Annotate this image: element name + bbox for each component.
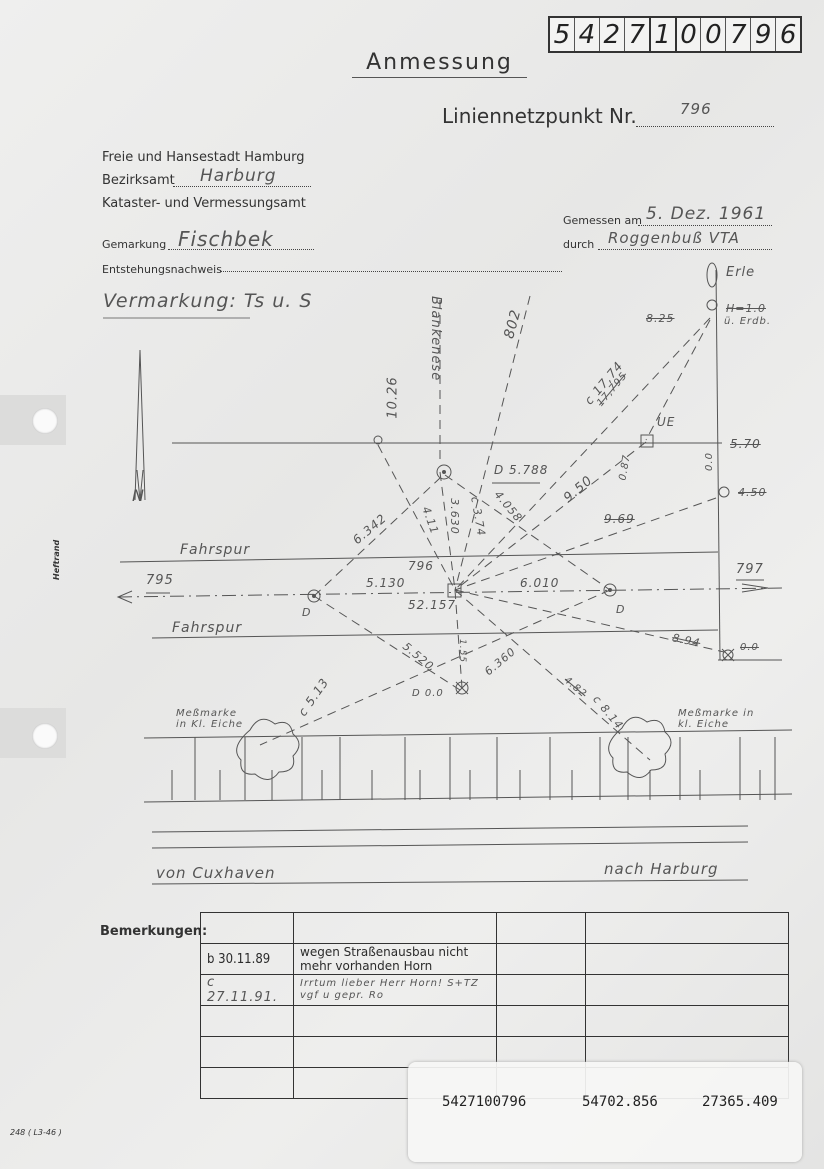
coordinate-x: 54702.856 — [582, 1094, 658, 1110]
form-code: 248 ( L3-46 ) — [10, 1128, 62, 1137]
erle-note-height: H=1.0 — [726, 302, 766, 315]
direction-795: 795 — [146, 573, 174, 588]
d-right-label: D — [616, 603, 625, 616]
erle-label: Erle — [726, 265, 755, 280]
measure-1-55: 1.55 — [457, 639, 467, 663]
measure-52-157: 52.157 — [408, 598, 456, 612]
coordinate-label: 5427100796 54702.856 27365.409 — [408, 1062, 802, 1162]
lane-upper-label: Fahrspur — [180, 542, 250, 558]
measure-8-25: 8.25 — [646, 312, 675, 325]
messmarke-right: Meßmarke in kl. Eiche — [678, 708, 758, 730]
ue-label: UE — [657, 415, 675, 429]
d-5-788: D 5.788 — [494, 463, 548, 477]
measure-3-630: 3.630 — [448, 498, 461, 535]
vermarkung-note: Vermarkung: Ts u. S — [103, 290, 312, 312]
point-796-label: 796 — [408, 559, 434, 573]
remarks-label: Bemerkungen: — [100, 924, 207, 939]
d-0-0: D 0.0 — [412, 688, 444, 699]
measure-5-130: 5.130 — [366, 576, 405, 590]
blankenese-label: Blankenese — [428, 296, 443, 381]
table-row: c 27.11.91.Irrtum lieber Herr Horn! S+TZ… — [201, 975, 789, 1006]
table-row — [201, 1006, 789, 1037]
measure-0-0-lower: 0.0 — [740, 642, 759, 653]
table-row: b 30.11.89wegen Straßenausbau nicht mehr… — [201, 944, 789, 975]
north-label: N — [132, 486, 145, 505]
erle-note-ground: ü. Erdb. — [724, 316, 771, 327]
lane-lower-label: Fahrspur — [172, 620, 242, 636]
north-arrow-icon — [135, 350, 145, 500]
measure-10-26: 10.26 — [386, 376, 401, 418]
from-label: von Cuxhaven — [156, 864, 276, 882]
measure-9-69: 9.69 — [604, 512, 635, 526]
messmarke-left: Meßmarke in Kl. Eiche — [176, 708, 246, 730]
coordinate-y: 27365.409 — [702, 1094, 778, 1110]
d-left-label: D — [302, 606, 311, 619]
measure-6-010: 6.010 — [520, 576, 559, 590]
point-id: 5427100796 — [442, 1094, 526, 1110]
direction-797: 797 — [736, 562, 764, 577]
measure-5-70: 5.70 — [730, 437, 761, 451]
table-row — [201, 913, 789, 944]
measure-4-50: 4.50 — [738, 486, 767, 499]
measure-0-0-upper: 0.0 — [704, 452, 715, 471]
to-label: nach Harburg — [604, 860, 719, 878]
